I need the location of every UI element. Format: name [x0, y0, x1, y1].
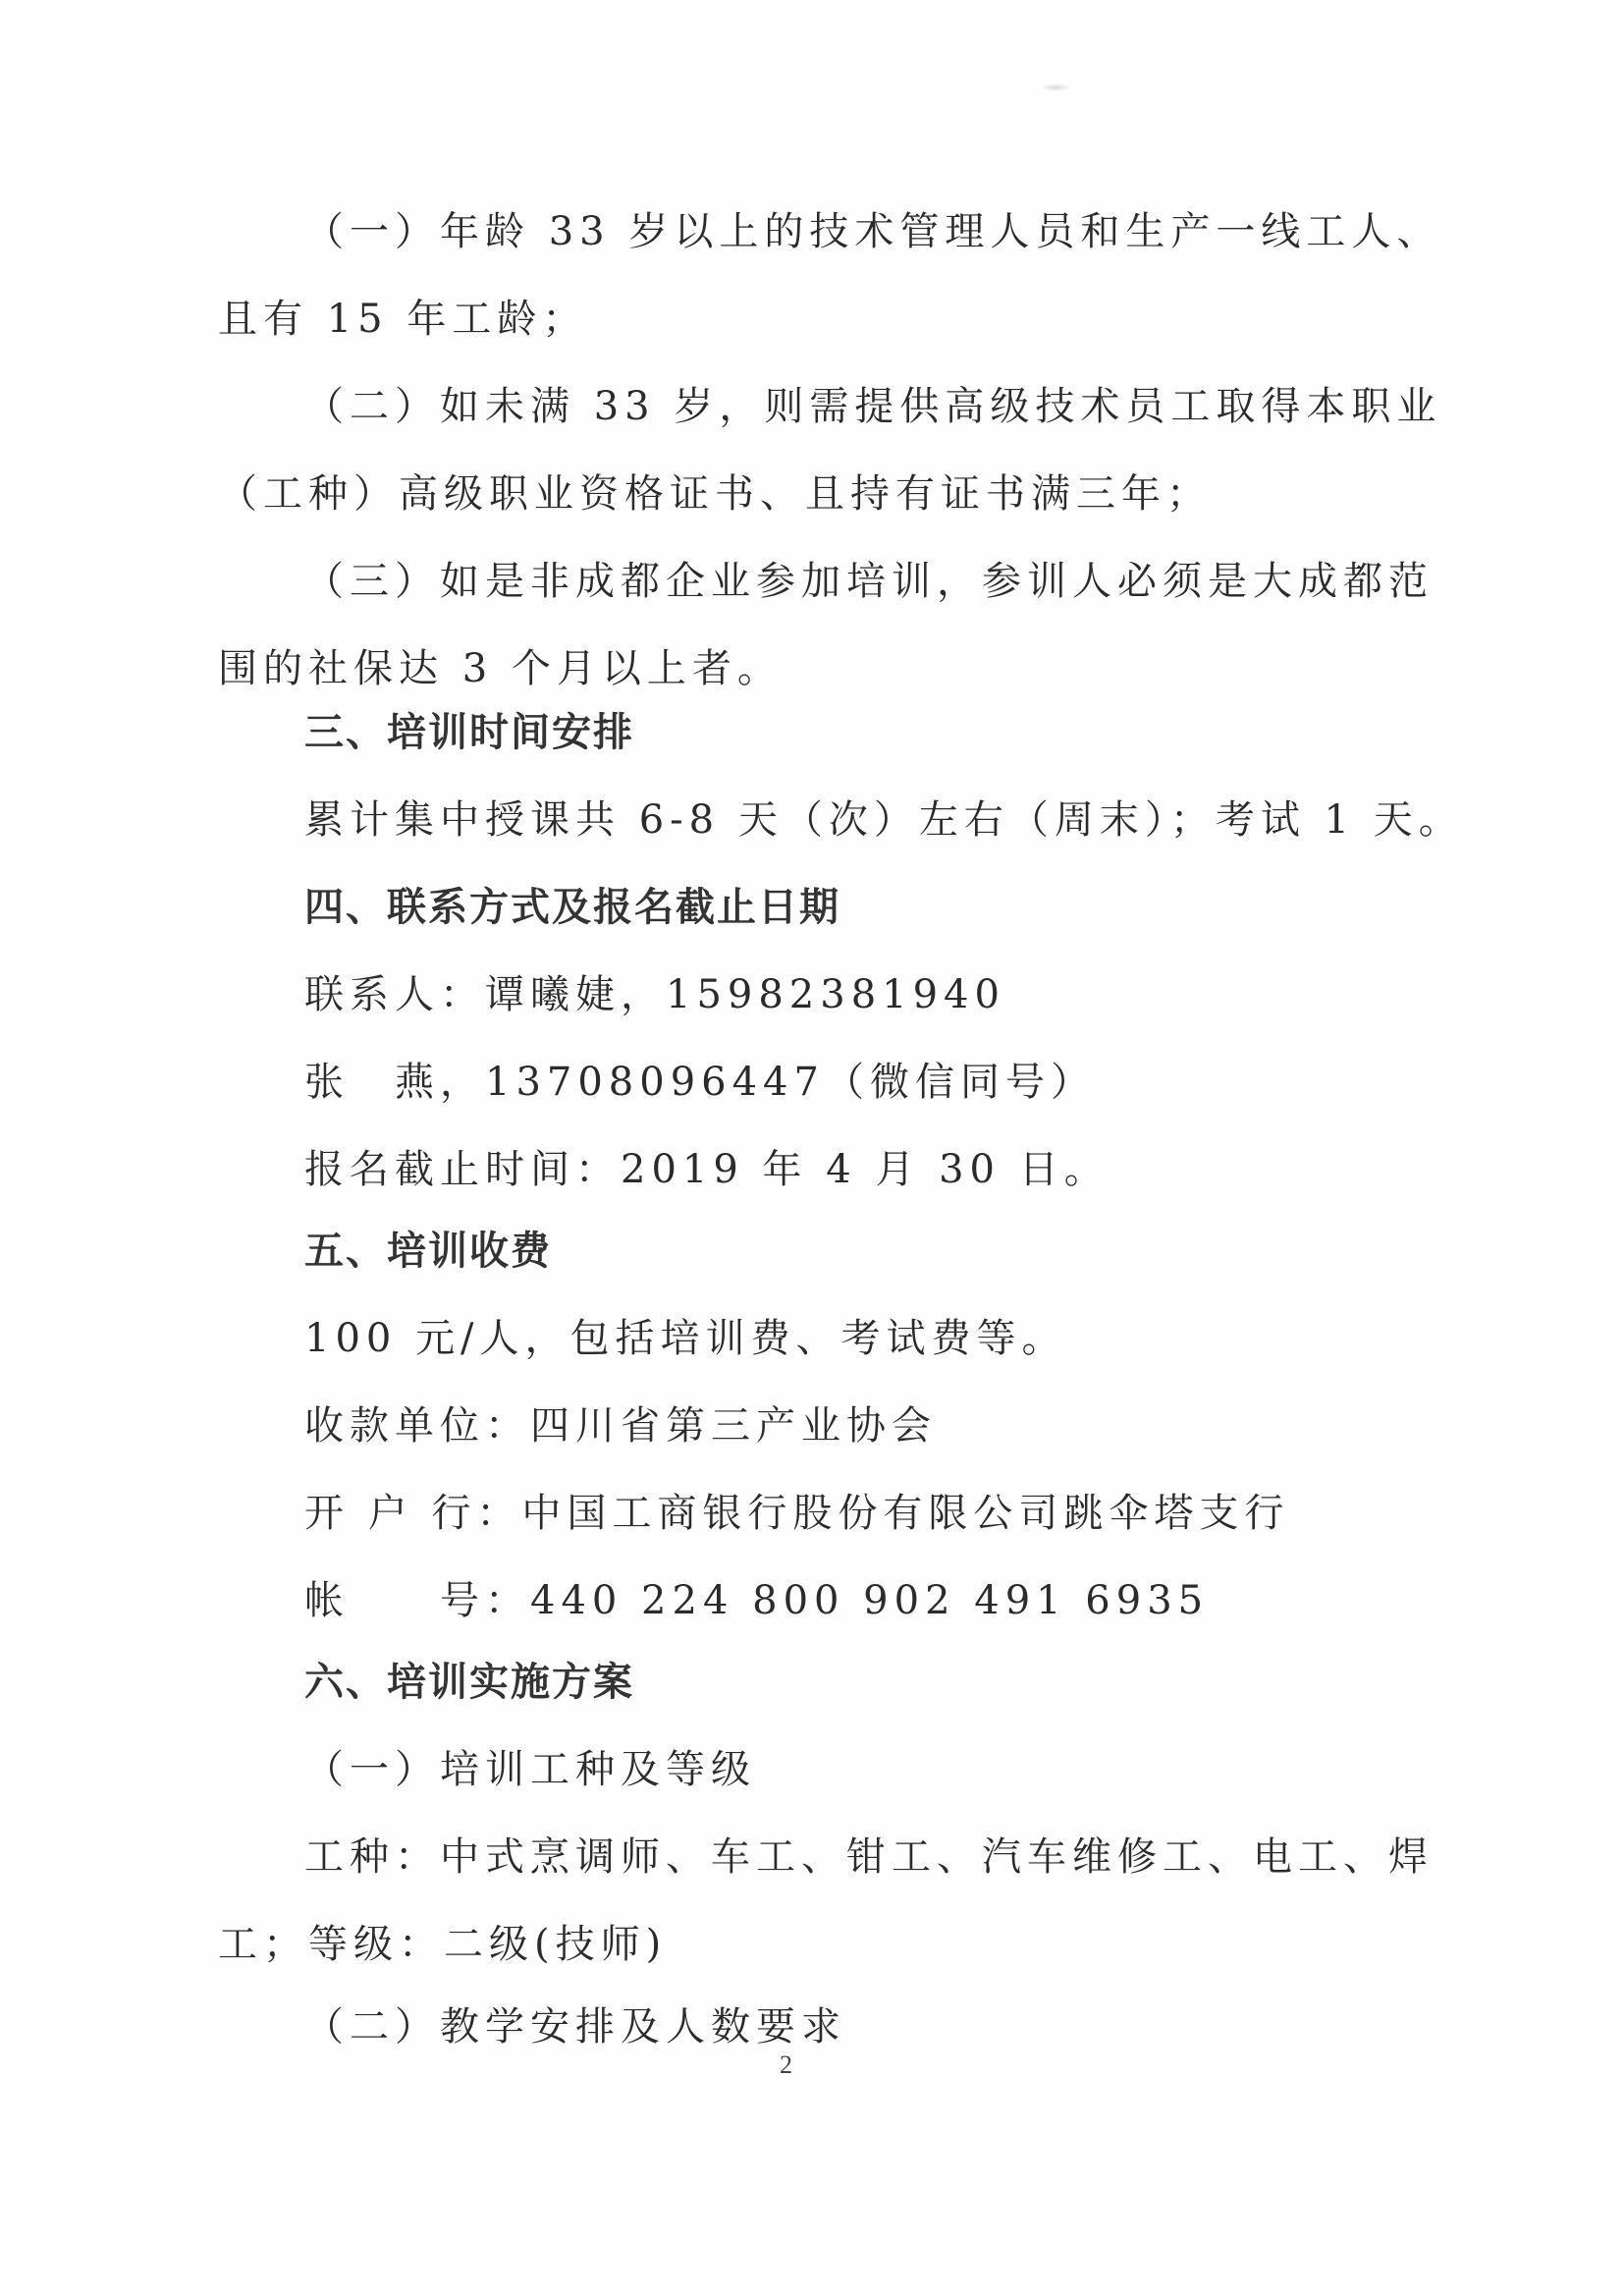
requirement-1-line-2: 且有 15 年工龄； [218, 294, 1386, 345]
contact-person-2: 张 燕，13708096447（微信同号） [304, 1057, 1473, 1108]
payee-unit: 收款单位：四川省第三产业协会 [304, 1400, 1473, 1451]
requirement-2-line-2: （工种）高级职业资格证书、且持有证书满三年； [218, 468, 1386, 519]
registration-deadline: 报名截止时间：2019 年 4 月 30 日。 [304, 1144, 1473, 1195]
section-6-subsection-2: （二）教学安排及人数要求 [304, 2001, 1473, 2052]
trades-line-2: 工；等级：二级(技师) [218, 1919, 1386, 1970]
requirement-3-line-1: （三）如是非成都企业参加培训，参训人必须是大成都范 [304, 556, 1384, 607]
trades-line-1: 工种：中式烹调师、车工、钳工、汽车维修工、电工、焊 [304, 1831, 1384, 1883]
section-6-heading: 六、培训实施方案 [304, 1657, 1473, 1708]
section-3-heading: 三、培训时间安排 [304, 707, 1473, 758]
contact-person-1: 联系人：谭曦婕，15982381940 [304, 969, 1473, 1020]
bank-name: 开 户 行：中国工商银行股份有限公司跳伞塔支行 [304, 1488, 1473, 1539]
training-schedule: 累计集中授课共 6-8 天（次）左右（周末）；考试 1 天。 [304, 794, 1473, 846]
requirement-3-line-2: 围的社保达 3 个月以上者。 [218, 643, 1386, 694]
document-page: （一）年龄 33 岁以上的技术管理人员和生产一线工人、 且有 15 年工龄； （… [0, 0, 1624, 2296]
section-5-heading: 五、培训收费 [304, 1226, 1473, 1277]
scan-speck [1041, 83, 1070, 91]
requirement-1-line-1: （一）年龄 33 岁以上的技术管理人员和生产一线工人、 [304, 206, 1384, 257]
fee-amount: 100 元/人，包括培训费、考试费等。 [304, 1313, 1473, 1364]
section-6-subsection-1: （一）培训工种及等级 [304, 1744, 1473, 1795]
requirement-2-line-1: （二）如未满 33 岁，则需提供高级技术员工取得本职业 [304, 381, 1384, 432]
section-4-heading: 四、联系方式及报名截止日期 [304, 882, 1473, 933]
page-number: 2 [780, 2050, 792, 2080]
account-number: 帐 号：440 224 800 902 491 6935 [304, 1575, 1473, 1626]
